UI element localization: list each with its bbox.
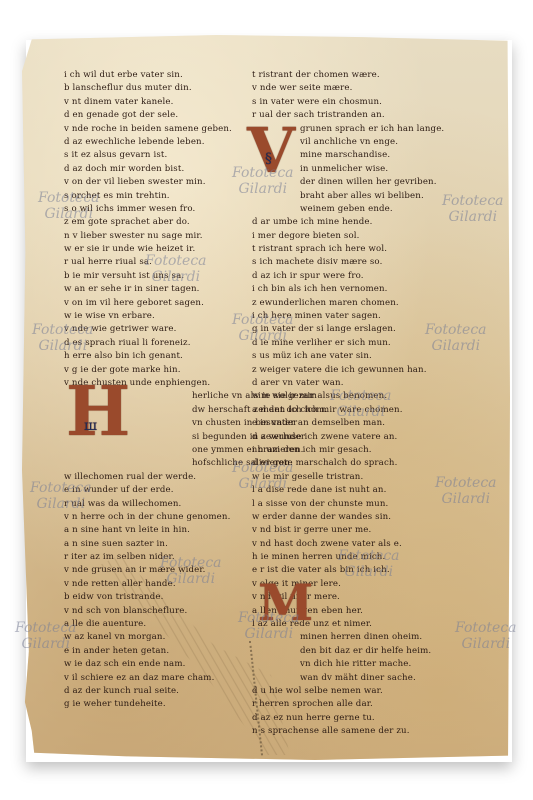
manuscript-line: d u hie wol selbe nemen war. xyxy=(252,685,444,698)
watermark-line1: Fototeca xyxy=(232,312,294,328)
manuscript-line: d az ez nun herre gerne tu. xyxy=(252,712,444,725)
manuscript-line: s us müz ich ane vater sin. xyxy=(252,350,444,363)
watermark: Fototeca Gilardi xyxy=(32,322,94,354)
manuscript-line: l a sisse von der chunste mun. xyxy=(252,498,444,511)
watermark: Fototeca Gilardi xyxy=(38,190,100,222)
watermark-line2: Gilardi xyxy=(435,491,497,507)
manuscript-line: i n um den ich mir gesach. xyxy=(252,444,444,457)
watermark-line2: Gilardi xyxy=(32,338,94,354)
watermark-line1: Fototeca xyxy=(30,480,92,496)
manuscript-line: s in vater were ein chosmun. xyxy=(252,96,444,109)
manuscript-line: v nd bist ir gerre uner me. xyxy=(252,524,444,537)
watermark-line2: Gilardi xyxy=(238,626,300,642)
watermark-line2: Gilardi xyxy=(338,564,400,580)
manuscript-line: vn dich hie ritter mache. xyxy=(252,658,444,671)
watermark-line1: Fototeca xyxy=(330,388,392,404)
manuscript-line: den bit daz er dir helfe heim. xyxy=(252,645,444,658)
manuscript-line: t ristrant der chomen wære. xyxy=(252,69,444,82)
watermark-line2: Gilardi xyxy=(38,206,100,222)
watermark-line2: Gilardi xyxy=(442,209,504,225)
watermark-line2: Gilardi xyxy=(145,269,207,285)
watermark-line1: Fototeca xyxy=(442,193,504,209)
watermark: Fototeca Gilardi xyxy=(455,620,517,652)
watermark: Fototeca Gilardi xyxy=(425,322,487,354)
manuscript-line: z ewunderlichen maren chomen. xyxy=(252,297,444,310)
manuscript-line: z weiger vatere die ich gewunnen han. xyxy=(252,364,444,377)
watermark-line2: Gilardi xyxy=(30,496,92,512)
watermark-line1: Fototeca xyxy=(425,322,487,338)
watermark-line2: Gilardi xyxy=(160,571,222,587)
watermark-line2: Gilardi xyxy=(425,338,487,354)
manuscript-line: r herren sprochen alle dar. xyxy=(252,698,444,711)
watermark-line1: Fototeca xyxy=(232,165,294,181)
manuscript-line: w erder danne der wandes sin. xyxy=(252,511,444,524)
watermark: Fototeca Gilardi xyxy=(338,548,400,580)
watermark-line1: Fototeca xyxy=(32,322,94,338)
watermark: Fototeca Gilardi xyxy=(442,193,504,225)
manuscript-line: i mer degore bieten sol. xyxy=(252,230,444,243)
watermark-line2: Gilardi xyxy=(232,181,294,197)
manuscript-line: d az ich ir spur were fro. xyxy=(252,270,444,283)
manuscript-line: d a verluse ich zwene vatere an. xyxy=(252,431,444,444)
watermark-line2: Gilardi xyxy=(455,636,517,652)
watermark: Fototeca Gilardi xyxy=(238,610,300,642)
watermark: Fototeca Gilardi xyxy=(160,555,222,587)
watermark-line1: Fototeca xyxy=(238,610,300,626)
watermark-line2: Gilardi xyxy=(15,636,77,652)
decorated-initial-h: H ш xyxy=(66,378,130,446)
watermark-line2: Gilardi xyxy=(330,404,392,420)
watermark-line1: Fototeca xyxy=(38,190,100,206)
watermark: Fototeca Gilardi xyxy=(30,480,92,512)
watermark-line1: Fototeca xyxy=(232,460,294,476)
manuscript-line: d ar umbe ich mine hende. xyxy=(252,216,444,229)
watermark-line1: Fototeca xyxy=(15,620,77,636)
manuscript-line: t ristrant sprach ich here wol. xyxy=(252,243,444,256)
manuscript-line: weinem geben ende. xyxy=(252,203,444,216)
manuscript-line: s ich machete disiv mære so. xyxy=(252,256,444,269)
watermark-line2: Gilardi xyxy=(232,328,294,344)
manuscript-line: n s sprachense alle samene der zu. xyxy=(252,725,444,738)
watermark-line1: Fototeca xyxy=(160,555,222,571)
watermark-line1: Fototeca xyxy=(145,253,207,269)
manuscript-line: wan dv mäht diner sache. xyxy=(252,672,444,685)
watermark: Fototeca Gilardi xyxy=(232,165,294,197)
watermark-line1: Fototeca xyxy=(338,548,400,564)
watermark: Fototeca Gilardi xyxy=(145,253,207,285)
watermark: Fototeca Gilardi xyxy=(232,312,294,344)
watermark-line1: Fototeca xyxy=(435,475,497,491)
watermark: Fototeca Gilardi xyxy=(232,460,294,492)
manuscript-line: v nde wer seite mære. xyxy=(252,82,444,95)
manuscript-line: i ch bin als ich hen vernomen. xyxy=(252,283,444,296)
watermark: Fototeca Gilardi xyxy=(330,388,392,420)
watermark: Fototeca Gilardi xyxy=(15,620,77,652)
initial-flourish-icon: ш xyxy=(84,392,97,460)
watermark-line1: Fototeca xyxy=(455,620,517,636)
watermark: Fototeca Gilardi xyxy=(435,475,497,507)
watermark-line2: Gilardi xyxy=(232,476,294,492)
initial-letter: H xyxy=(66,372,130,452)
